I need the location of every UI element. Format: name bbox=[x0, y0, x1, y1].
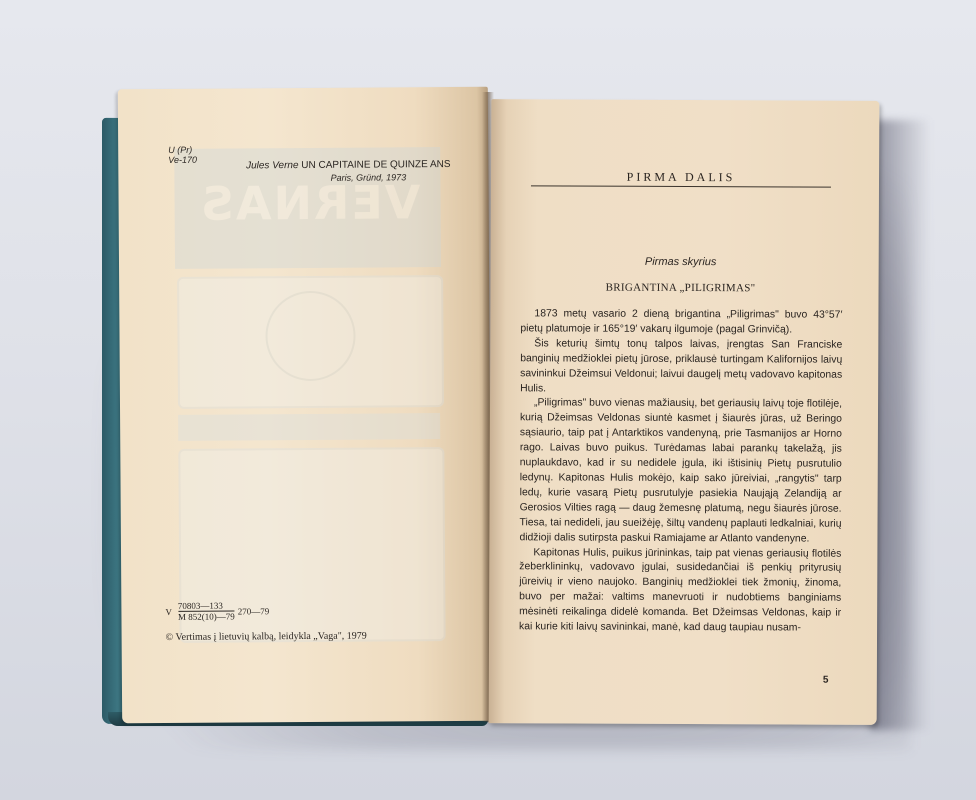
copyright-line: © Vertimas į lietuvių kalbą, leidykla „V… bbox=[166, 631, 367, 643]
original-author: Jules Verne bbox=[246, 160, 299, 171]
page-number: 5 bbox=[823, 675, 829, 686]
body-text: 1873 metų vasario 2 dieną brigantina „Pi… bbox=[519, 307, 842, 636]
paragraph: 1873 metų vasario 2 dieną brigantina „Pi… bbox=[520, 307, 842, 338]
chapter-title: BRIGANTINA „PILIGRIMAS" bbox=[531, 281, 831, 294]
imprint-code: V 70803—133 M 852(10)—79 270—79 bbox=[165, 600, 366, 622]
right-edge-shadow bbox=[870, 120, 930, 730]
show-through-cover-image: VERNAS bbox=[174, 135, 444, 647]
running-head: PIRMA DALIS bbox=[531, 169, 831, 185]
paragraph: „Piligrimas" buvo vienas mažiausių, bet … bbox=[519, 397, 842, 547]
paragraph: Šis keturių šimtų tonų talpos laivas, įr… bbox=[520, 337, 842, 398]
left-page: VERNAS U (Pr) Ve-170 Jules Verne UN CAPI… bbox=[118, 87, 492, 724]
original-title-block: Jules Verne UN CAPITAINE DE QUINZE ANS P… bbox=[218, 159, 478, 185]
original-title: UN CAPITAINE DE QUINZE ANS bbox=[301, 159, 450, 171]
original-publisher: Paris, Gründ, 1973 bbox=[218, 171, 478, 185]
book-photo-scene: VERNAS U (Pr) Ve-170 Jules Verne UN CAPI… bbox=[0, 0, 976, 800]
chapter-label: Pirmas skyrius bbox=[531, 255, 831, 268]
header-rule bbox=[531, 185, 831, 187]
ghost-emblem bbox=[265, 291, 356, 382]
right-page: PIRMA DALIS Pirmas skyrius BRIGANTINA „P… bbox=[489, 99, 880, 725]
imprint-block: V 70803—133 M 852(10)—79 270—79 © Vertim… bbox=[165, 600, 366, 643]
paragraph: Kapitonas Hulis, puikus jūrininkas, taip… bbox=[519, 546, 841, 637]
catalog-code: U (Pr) Ve-170 bbox=[168, 145, 197, 165]
